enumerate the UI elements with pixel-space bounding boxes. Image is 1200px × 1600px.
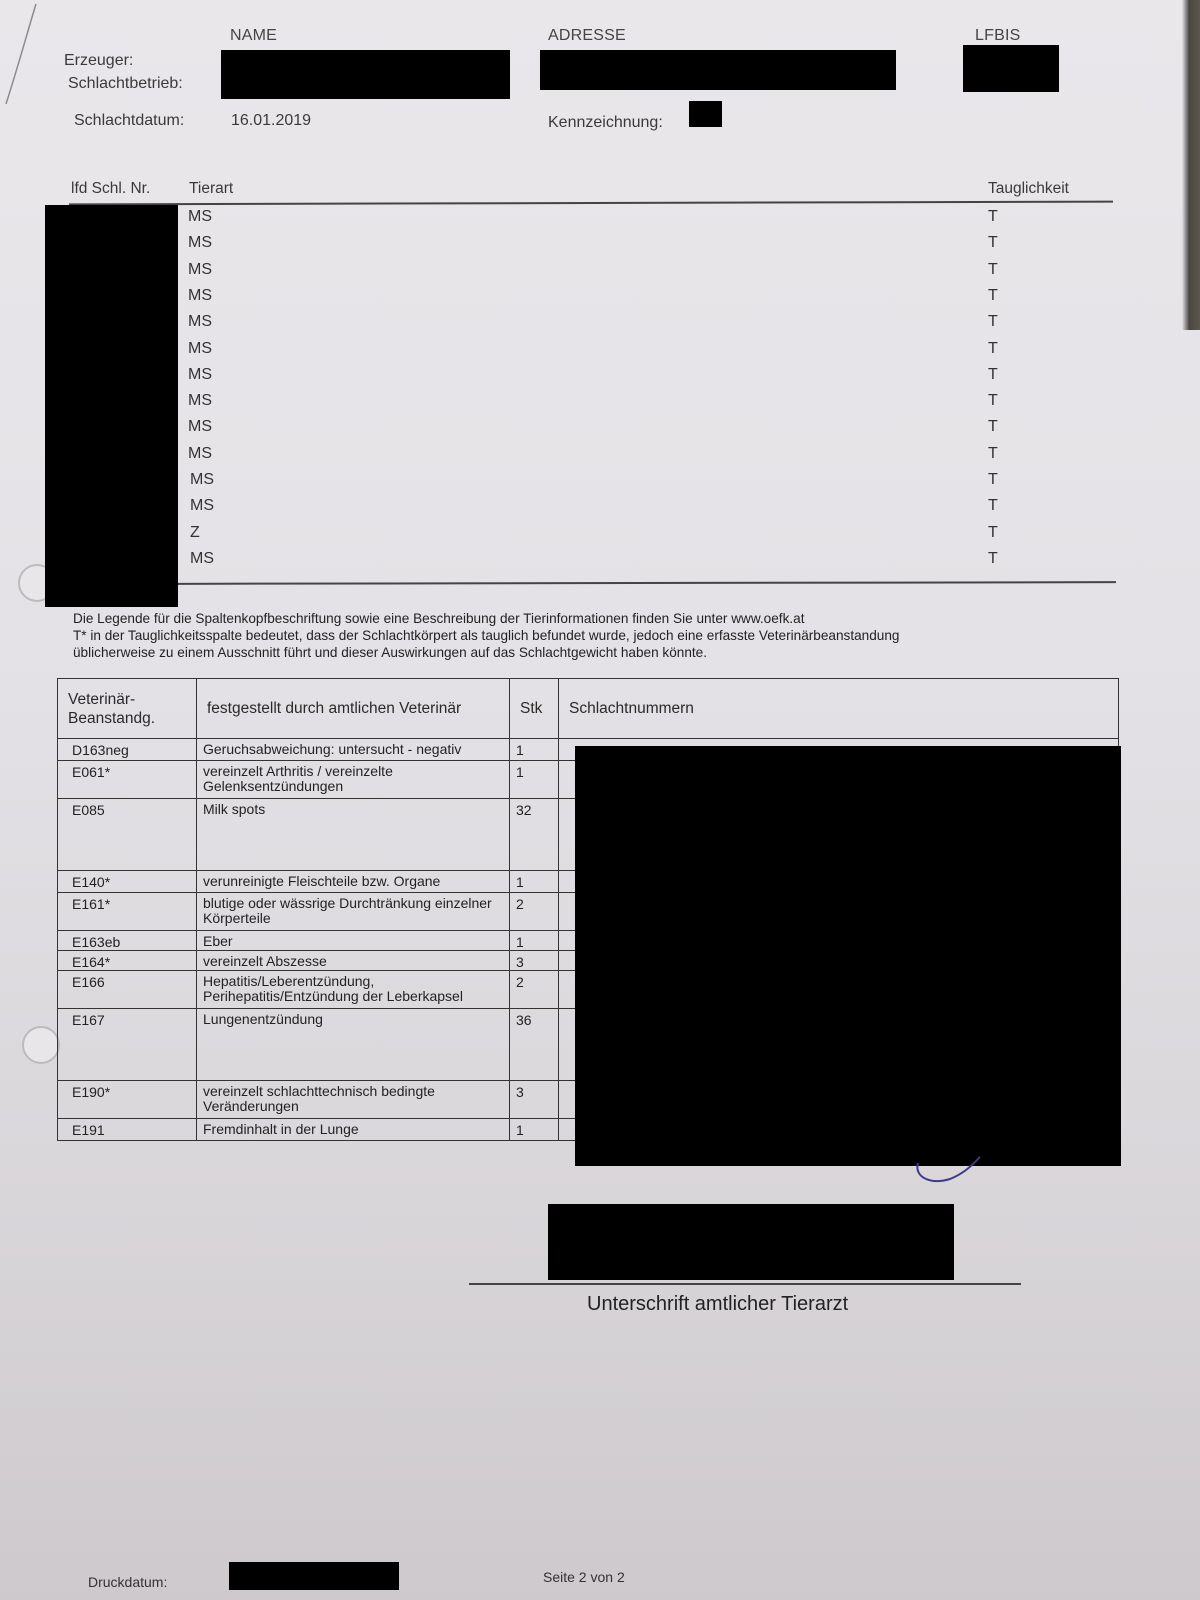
- vet-stk-cell: 2: [510, 971, 559, 1009]
- vet-code-cell: D163neg: [58, 739, 197, 761]
- animal-tierart: MS: [188, 261, 212, 279]
- animal-tauglichkeit: T: [988, 208, 998, 226]
- vet-code-cell: E164*: [58, 951, 197, 971]
- column-header-lfd-nr: lfd Schl. Nr.: [71, 180, 150, 198]
- pen-stroke-decoration: [0, 0, 40, 110]
- vet-code-cell: E085: [58, 799, 197, 871]
- vet-code-cell: E190*: [58, 1081, 197, 1119]
- vet-desc-cell: verunreinigte Fleischteile bzw. Organe: [197, 871, 510, 893]
- animal-tauglichkeit: T: [988, 287, 998, 305]
- animal-tierart: MS: [188, 234, 212, 252]
- vet-stk-cell: 3: [510, 951, 559, 971]
- punch-hole: [22, 1026, 60, 1064]
- animal-tierart: MS: [188, 418, 212, 436]
- animal-tierart: MS: [190, 471, 214, 489]
- vet-stk-cell: 1: [510, 931, 559, 951]
- animal-tauglichkeit: T: [988, 471, 998, 489]
- animal-tauglichkeit: T: [988, 340, 998, 358]
- redacted-lfbis: [963, 45, 1059, 92]
- vet-desc-cell: Geruchsabweichung: untersucht - negativ: [197, 739, 510, 761]
- vet-desc-cell: Lungenentzündung: [197, 1009, 510, 1081]
- vet-stk-cell: 2: [510, 893, 559, 931]
- column-header-tauglichkeit: Tauglichkeit: [988, 180, 1069, 198]
- animal-tauglichkeit: T: [988, 418, 998, 436]
- schlachtdatum-value: 16.01.2019: [231, 112, 311, 130]
- vet-desc-cell: vereinzelt schlachttechnisch bedingte Ve…: [197, 1081, 510, 1119]
- animal-tierart: MS: [188, 366, 212, 384]
- animal-tauglichkeit: T: [988, 366, 998, 384]
- vet-code-cell: E191: [58, 1119, 197, 1141]
- animal-tierart: MS: [188, 313, 212, 331]
- redacted-druckdatum: [229, 1562, 399, 1590]
- vet-desc-cell: vereinzelt Abszesse: [197, 951, 510, 971]
- animal-tierart: MS: [190, 550, 214, 568]
- legend-text: Die Legende für die Spaltenkopfbeschrift…: [73, 610, 1073, 661]
- vet-stk-cell: 1: [510, 871, 559, 893]
- vet-code-cell: E163eb: [58, 931, 197, 951]
- header-stk: Stk: [510, 679, 559, 739]
- animal-tauglichkeit: T: [988, 392, 998, 410]
- signature-pen-stroke: [910, 1155, 990, 1195]
- animal-tierart: MS: [188, 287, 212, 305]
- animal-tierart: MS: [188, 445, 212, 463]
- signature-line: [469, 1283, 1021, 1285]
- redacted-schlachtnummern: [45, 205, 178, 607]
- animal-tierart: MS: [190, 497, 214, 515]
- vet-desc-cell: Eber: [197, 931, 510, 951]
- animal-tierart: MS: [188, 392, 212, 410]
- schlachtdatum-label: Schlachtdatum:: [74, 112, 184, 130]
- header-vet-desc: festgestellt durch amtlichen Veterinär: [197, 679, 510, 739]
- redacted-kennzeichnung: [689, 101, 722, 127]
- animal-tauglichkeit: T: [988, 261, 998, 279]
- vet-stk-cell: 1: [510, 739, 559, 761]
- header-rule: [69, 201, 1113, 206]
- vet-desc-cell: Hepatitis/Leberentzündung, Perihepatitis…: [197, 971, 510, 1009]
- redacted-signature: [548, 1204, 954, 1280]
- paper-edge-shadow: [1182, 0, 1200, 330]
- legend-line-3: üblicherweise zu einem Ausschnitt führt …: [73, 644, 1073, 661]
- vet-desc-cell: blutige oder wässrige Durchtränkung einz…: [197, 893, 510, 931]
- vet-stk-cell: 1: [510, 761, 559, 799]
- legend-line-1: Die Legende für die Spaltenkopfbeschrift…: [73, 610, 1073, 627]
- animal-tauglichkeit: T: [988, 445, 998, 463]
- animal-tauglichkeit: T: [988, 234, 998, 252]
- animal-tauglichkeit: T: [988, 497, 998, 515]
- vet-desc-cell: Fremdinhalt in der Lunge: [197, 1119, 510, 1141]
- vet-code-cell: E167: [58, 1009, 197, 1081]
- vet-stk-cell: 1: [510, 1119, 559, 1141]
- signature-label: Unterschrift amtlicher Tierarzt: [587, 1293, 848, 1316]
- redacted-name: [221, 50, 510, 99]
- vet-code-cell: E166: [58, 971, 197, 1009]
- erzeuger-label: Erzeuger:: [64, 52, 133, 70]
- legend-line-2: T* in der Tauglichkeitsspalte bedeutet, …: [73, 627, 1073, 644]
- animal-tierart: MS: [188, 340, 212, 358]
- animal-tauglichkeit: T: [988, 524, 998, 542]
- vet-stk-cell: 3: [510, 1081, 559, 1119]
- column-label-name: NAME: [230, 27, 277, 45]
- redacted-address: [540, 50, 896, 90]
- schlachtbetrieb-label: Schlachtbetrieb:: [68, 75, 183, 93]
- animal-tierart: MS: [188, 208, 212, 226]
- vet-code-cell: E140*: [58, 871, 197, 893]
- column-header-tierart: Tierart: [189, 180, 233, 198]
- vet-desc-cell: Milk spots: [197, 799, 510, 871]
- vet-code-cell: E061*: [58, 761, 197, 799]
- animal-tauglichkeit: T: [988, 550, 998, 568]
- kennzeichnung-label: Kennzeichnung:: [548, 114, 663, 132]
- header-vet-code: Veterinär- Beanstandg.: [58, 679, 197, 739]
- vet-stk-cell: 32: [510, 799, 559, 871]
- druckdatum-label: Druckdatum:: [88, 1574, 167, 1590]
- animal-tauglichkeit: T: [988, 313, 998, 331]
- column-label-lfbis: LFBIS: [975, 27, 1020, 45]
- animal-tierart: Z: [190, 524, 200, 542]
- vet-desc-cell: vereinzelt Arthritis / vereinzelte Gelen…: [197, 761, 510, 799]
- redacted-schlachtnummern-column: [575, 746, 1121, 1166]
- page-number: Seite 2 von 2: [543, 1569, 625, 1585]
- column-label-address: ADRESSE: [548, 27, 626, 45]
- vet-stk-cell: 36: [510, 1009, 559, 1081]
- header-schlachtnummern: Schlachtnummern: [559, 679, 1119, 739]
- footer-rule: [178, 581, 1116, 585]
- vet-code-cell: E161*: [58, 893, 197, 931]
